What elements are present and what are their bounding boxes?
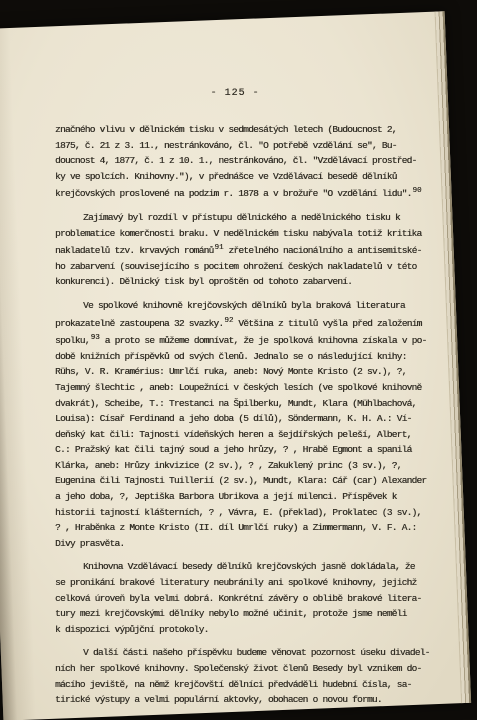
text-line: Rühs, V. R. Kramérius: Umrlčí ruka, aneb… (55, 364, 431, 380)
scanned-book-photo: - 125 - značného vlivu v dělnickém tisku… (0, 0, 477, 720)
text-line: ních her spolkové knihovny. Společenský … (55, 661, 431, 677)
text-line: C.: Pražský kat čili tajný soud a jeho h… (55, 442, 431, 458)
footnote-reference: 93 (90, 334, 100, 342)
text-line: Divy prasvěta. (55, 536, 431, 552)
text-line: se pronikání brakové literatury neubráni… (55, 575, 431, 591)
text-line: ? , Hraběnka z Monte Kristo (II. díl Umr… (55, 520, 431, 536)
text-line: tirické výstupy a velmi populární aktovk… (55, 692, 431, 708)
footnote-reference: 90 (411, 187, 421, 195)
text-line: době knižních příspěvků od svých členů. … (55, 349, 431, 365)
text-line: značného vlivu v dělnickém tisku v sedmd… (55, 122, 431, 138)
text-line: a jeho doba, ?, Jeptiška Barbora Ubrikov… (55, 489, 431, 505)
paragraph: značného vlivu v dělnickém tisku v sedmd… (55, 122, 431, 202)
text-line: celková úroveň byla velmi dobrá. Konkrét… (55, 591, 431, 607)
paragraph: Knihovna Vzdělávací besedy dělníků krejč… (55, 559, 431, 637)
page-number: - 125 - (55, 88, 415, 99)
text-line: tury mezi krejčovskými dělníky nebylo mo… (55, 606, 431, 622)
text-line: problematice komerčnosti braku. V neděln… (55, 226, 431, 242)
text-line: krejčovských proslovené na podzim r. 187… (55, 184, 431, 202)
text-line: ho zabarvení (souvisejícího s pocitem oh… (55, 259, 431, 275)
text-line: Eugenina čili Tajnosti Tuillerií (2 sv.)… (55, 473, 431, 489)
text-line: ky ve spolcích. Knihovny."), v přednášce… (55, 169, 431, 185)
footnote-reference: 92 (223, 317, 233, 325)
page-content: - 125 - značného vlivu v dělnickém tisku… (0, 0, 477, 720)
text-line: Ve spolkové knihovně krejčovských dělník… (55, 298, 431, 314)
text-line: Tajemný šlechtic , aneb: Loupežníci v če… (55, 380, 431, 396)
text-line: doucnost 4, 1877, č. 1 z 10. 1., nestrán… (55, 153, 431, 169)
paragraph: V další části našeho příspěvku budeme vě… (55, 645, 431, 707)
text-line: deňský kat čili: Tajnosti vídeňských her… (55, 427, 431, 443)
text-line: Louisa): Císař Ferdinand a jeho doba (5 … (55, 411, 431, 427)
footnote-reference: 91 (213, 244, 223, 252)
paragraph: Zajímavý byl rozdíl v přístupu dělnickéh… (55, 210, 431, 290)
text-line: Knihovna Vzdělávací besedy dělníků krejč… (55, 559, 431, 575)
text-line: 1875, č. 21 z 3. 11., nestránkováno, čl.… (55, 138, 431, 154)
text-line: V další části našeho příspěvku budeme vě… (55, 645, 431, 661)
text-line: mácího jeviště, na němž krejčovští dělní… (55, 677, 431, 693)
text-line: Klárka, aneb: Hrůzy inkvizice (2 sv.), ?… (55, 458, 431, 474)
text-line: k dispozici výpůjční protokoly. (55, 622, 431, 638)
text-line: dvakrát), Scheibe, T.: Trestanci na Špil… (55, 396, 431, 412)
text-line: Zajímavý byl rozdíl v přístupu dělnickéh… (55, 210, 431, 226)
text-line: nakladatelů tzv. krvavých románů91 zřete… (55, 241, 431, 259)
paragraph: Ve spolkové knihovně krejčovských dělník… (55, 298, 431, 552)
text-line: prokazatelně zastoupena 32 svazky.92 Vět… (55, 314, 431, 332)
text-line: spolku,93 a proto se můžeme domnívat, že… (55, 331, 431, 349)
body-text: značného vlivu v dělnickém tisku v sedmd… (55, 122, 431, 708)
text-line: konkurenci). Dělnický tisk byl oproštěn … (55, 274, 431, 290)
text-line: historii tajností klášterních, ? , Vávra… (55, 505, 431, 521)
